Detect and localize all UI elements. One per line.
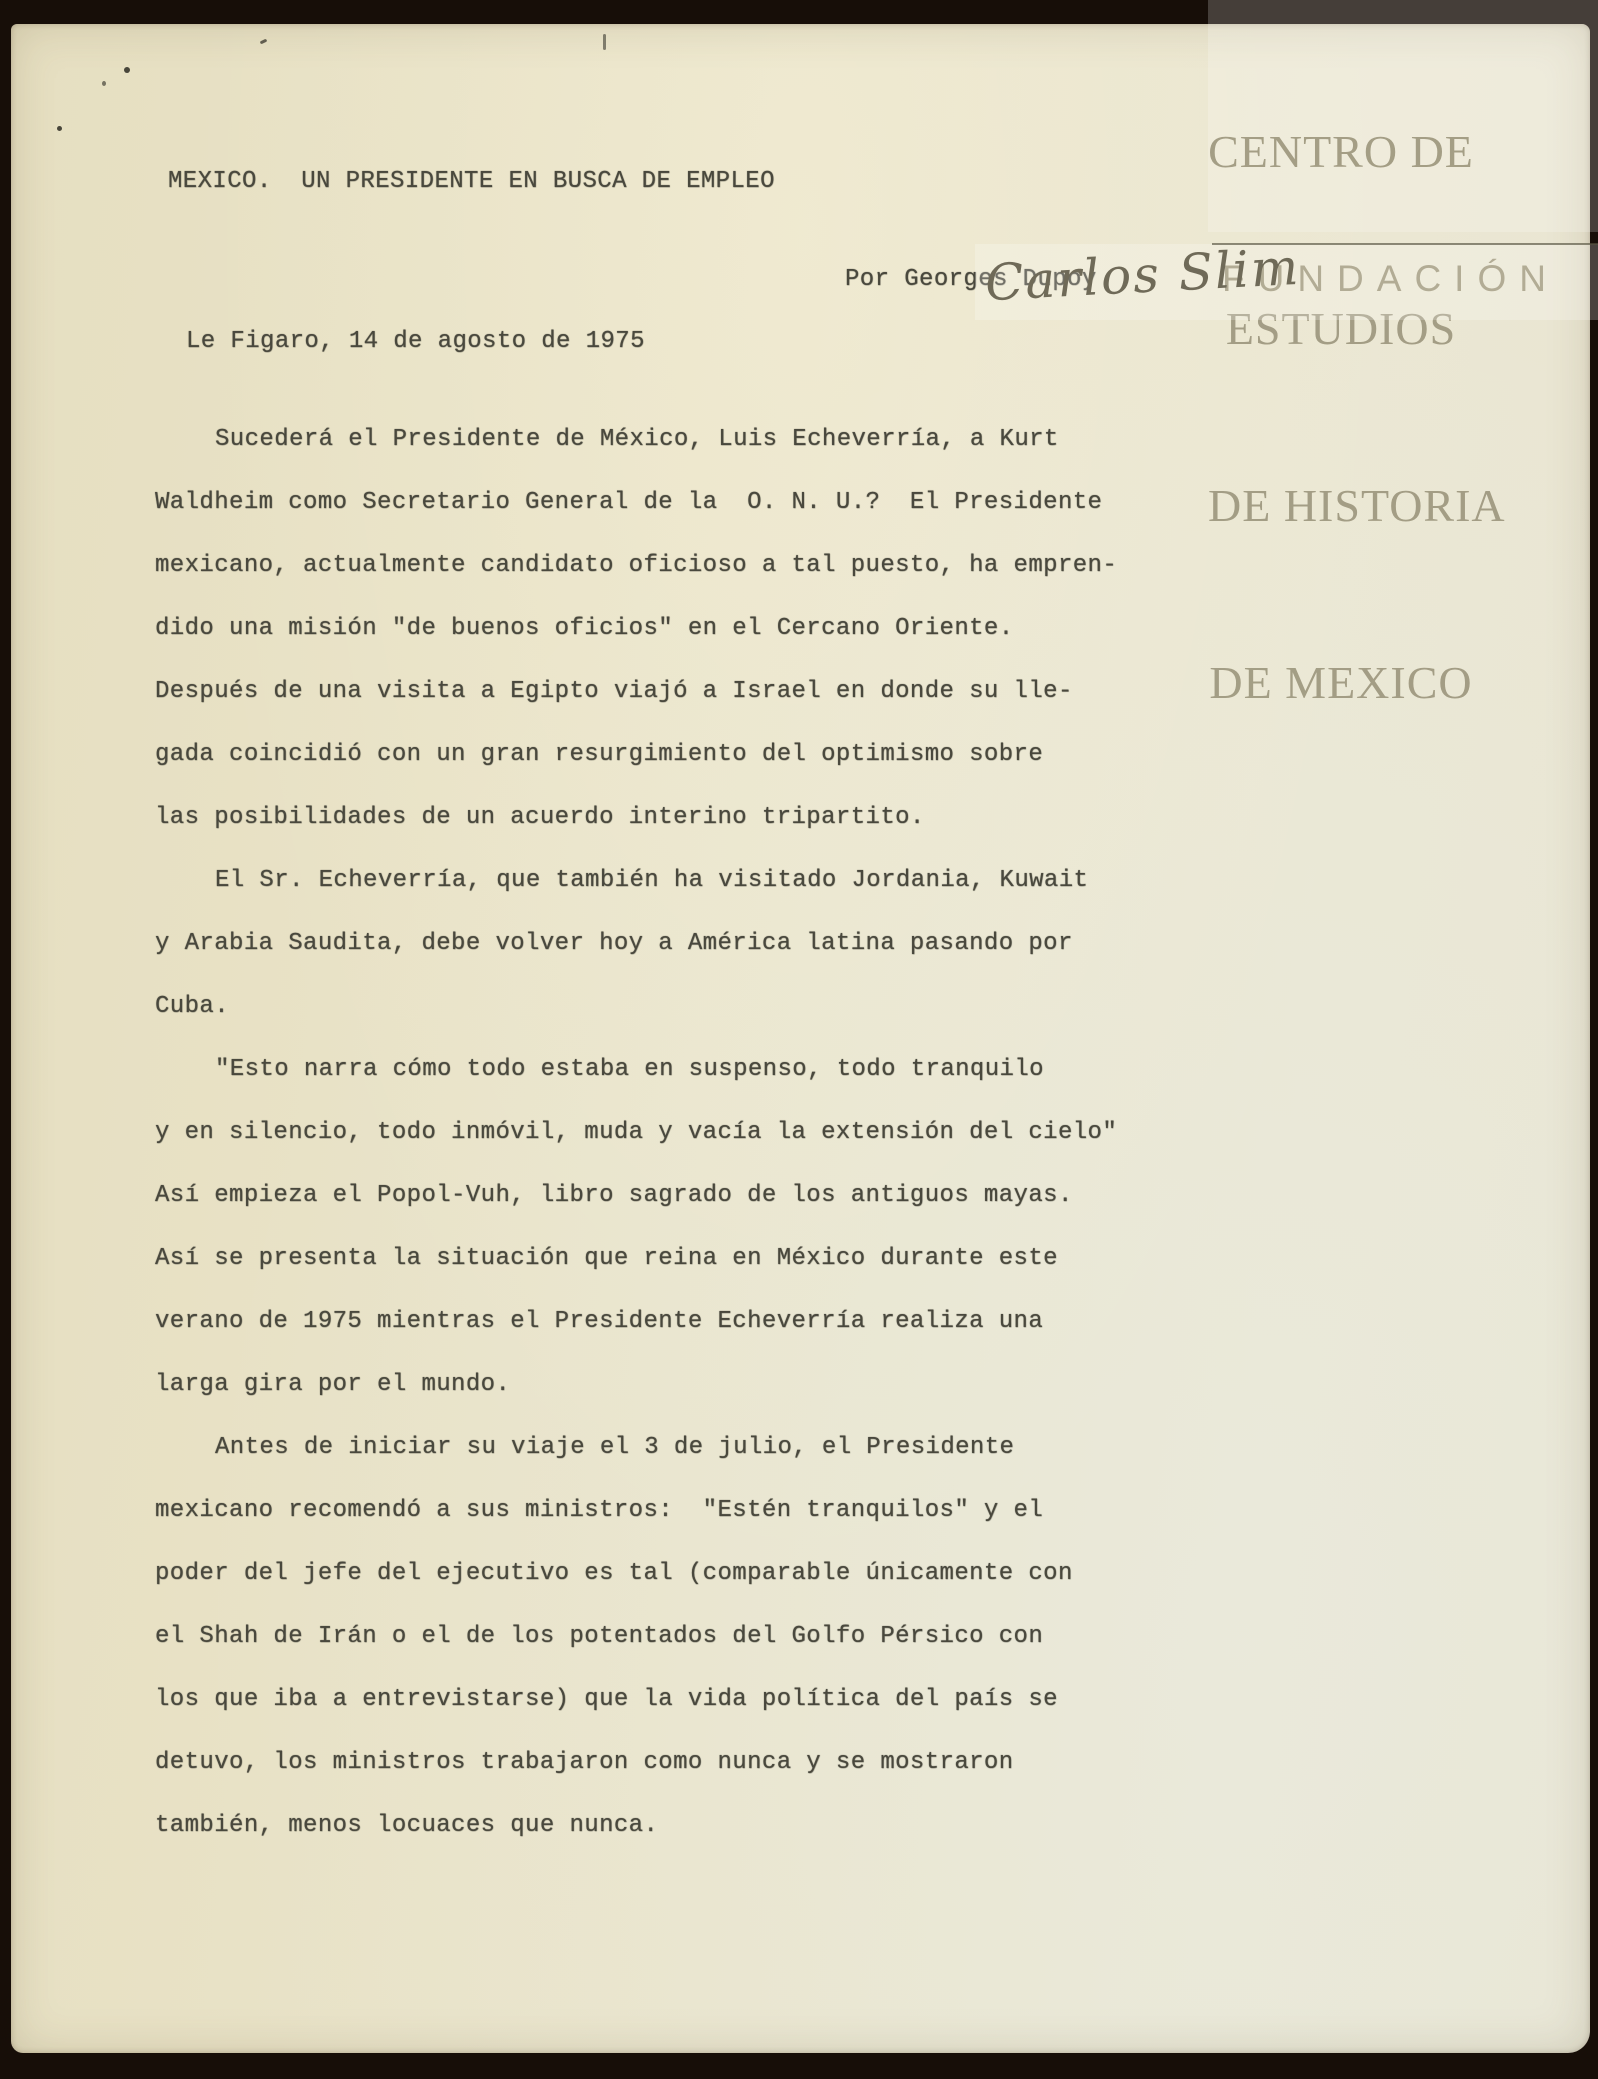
watermark-org-line: DE MEXICO [1208,653,1474,712]
text-line: Cuba. [155,975,1485,1038]
text-line: y Arabia Saudita, debe volver hoy a Amér… [155,912,1485,975]
watermark-org-line: DE HISTORIA [1208,476,1474,535]
watermark-org-line: CENTRO DE [1208,122,1474,181]
text-line: mexicano recomendó a sus ministros: "Est… [155,1479,1485,1542]
text-line: detuvo, los ministros trabajaron como nu… [155,1731,1485,1794]
text-line: los que iba a entrevistarse) que la vida… [155,1668,1485,1731]
text-line: el Shah de Irán o el de los potentados d… [155,1605,1485,1668]
text-line: "Esto narra cómo todo estaba en suspenso… [155,1038,1485,1101]
watermark-strip: CENTRO DE ESTUDIOS DE HISTORIA DE MEXICO [1208,0,1598,232]
scanned-document-page: MEXICO. UN PRESIDENTE EN BUSCA DE EMPLEO… [0,0,1598,2079]
ink-speck [102,81,106,86]
watermark-org-name: CENTRO DE ESTUDIOS DE HISTORIA DE MEXICO [1208,4,1474,830]
text-line: larga gira por el mundo. [155,1353,1485,1416]
text-line: y en silencio, todo inmóvil, muda y vací… [155,1101,1485,1164]
text-line: El Sr. Echeverría, que también ha visita… [155,849,1485,912]
document-title: MEXICO. UN PRESIDENTE EN BUSCA DE EMPLEO [168,168,775,195]
text-line: también, menos locuaces que nunca. [155,1794,1485,1857]
text-line: poder del jefe del ejecutivo es tal (com… [155,1542,1485,1605]
text-line: Así empieza el Popol-Vuh, libro sagrado … [155,1164,1485,1227]
text-line: Así se presenta la situación que reina e… [155,1227,1485,1290]
pen-mark [603,34,606,50]
text-line: verano de 1975 mientras el Presidente Ec… [155,1290,1485,1353]
text-line: Antes de iniciar su viaje el 3 de julio,… [155,1416,1485,1479]
ink-speck [57,126,62,131]
document-dateline: Le Figaro, 14 de agosto de 1975 [186,328,645,355]
ink-speck [124,67,130,73]
